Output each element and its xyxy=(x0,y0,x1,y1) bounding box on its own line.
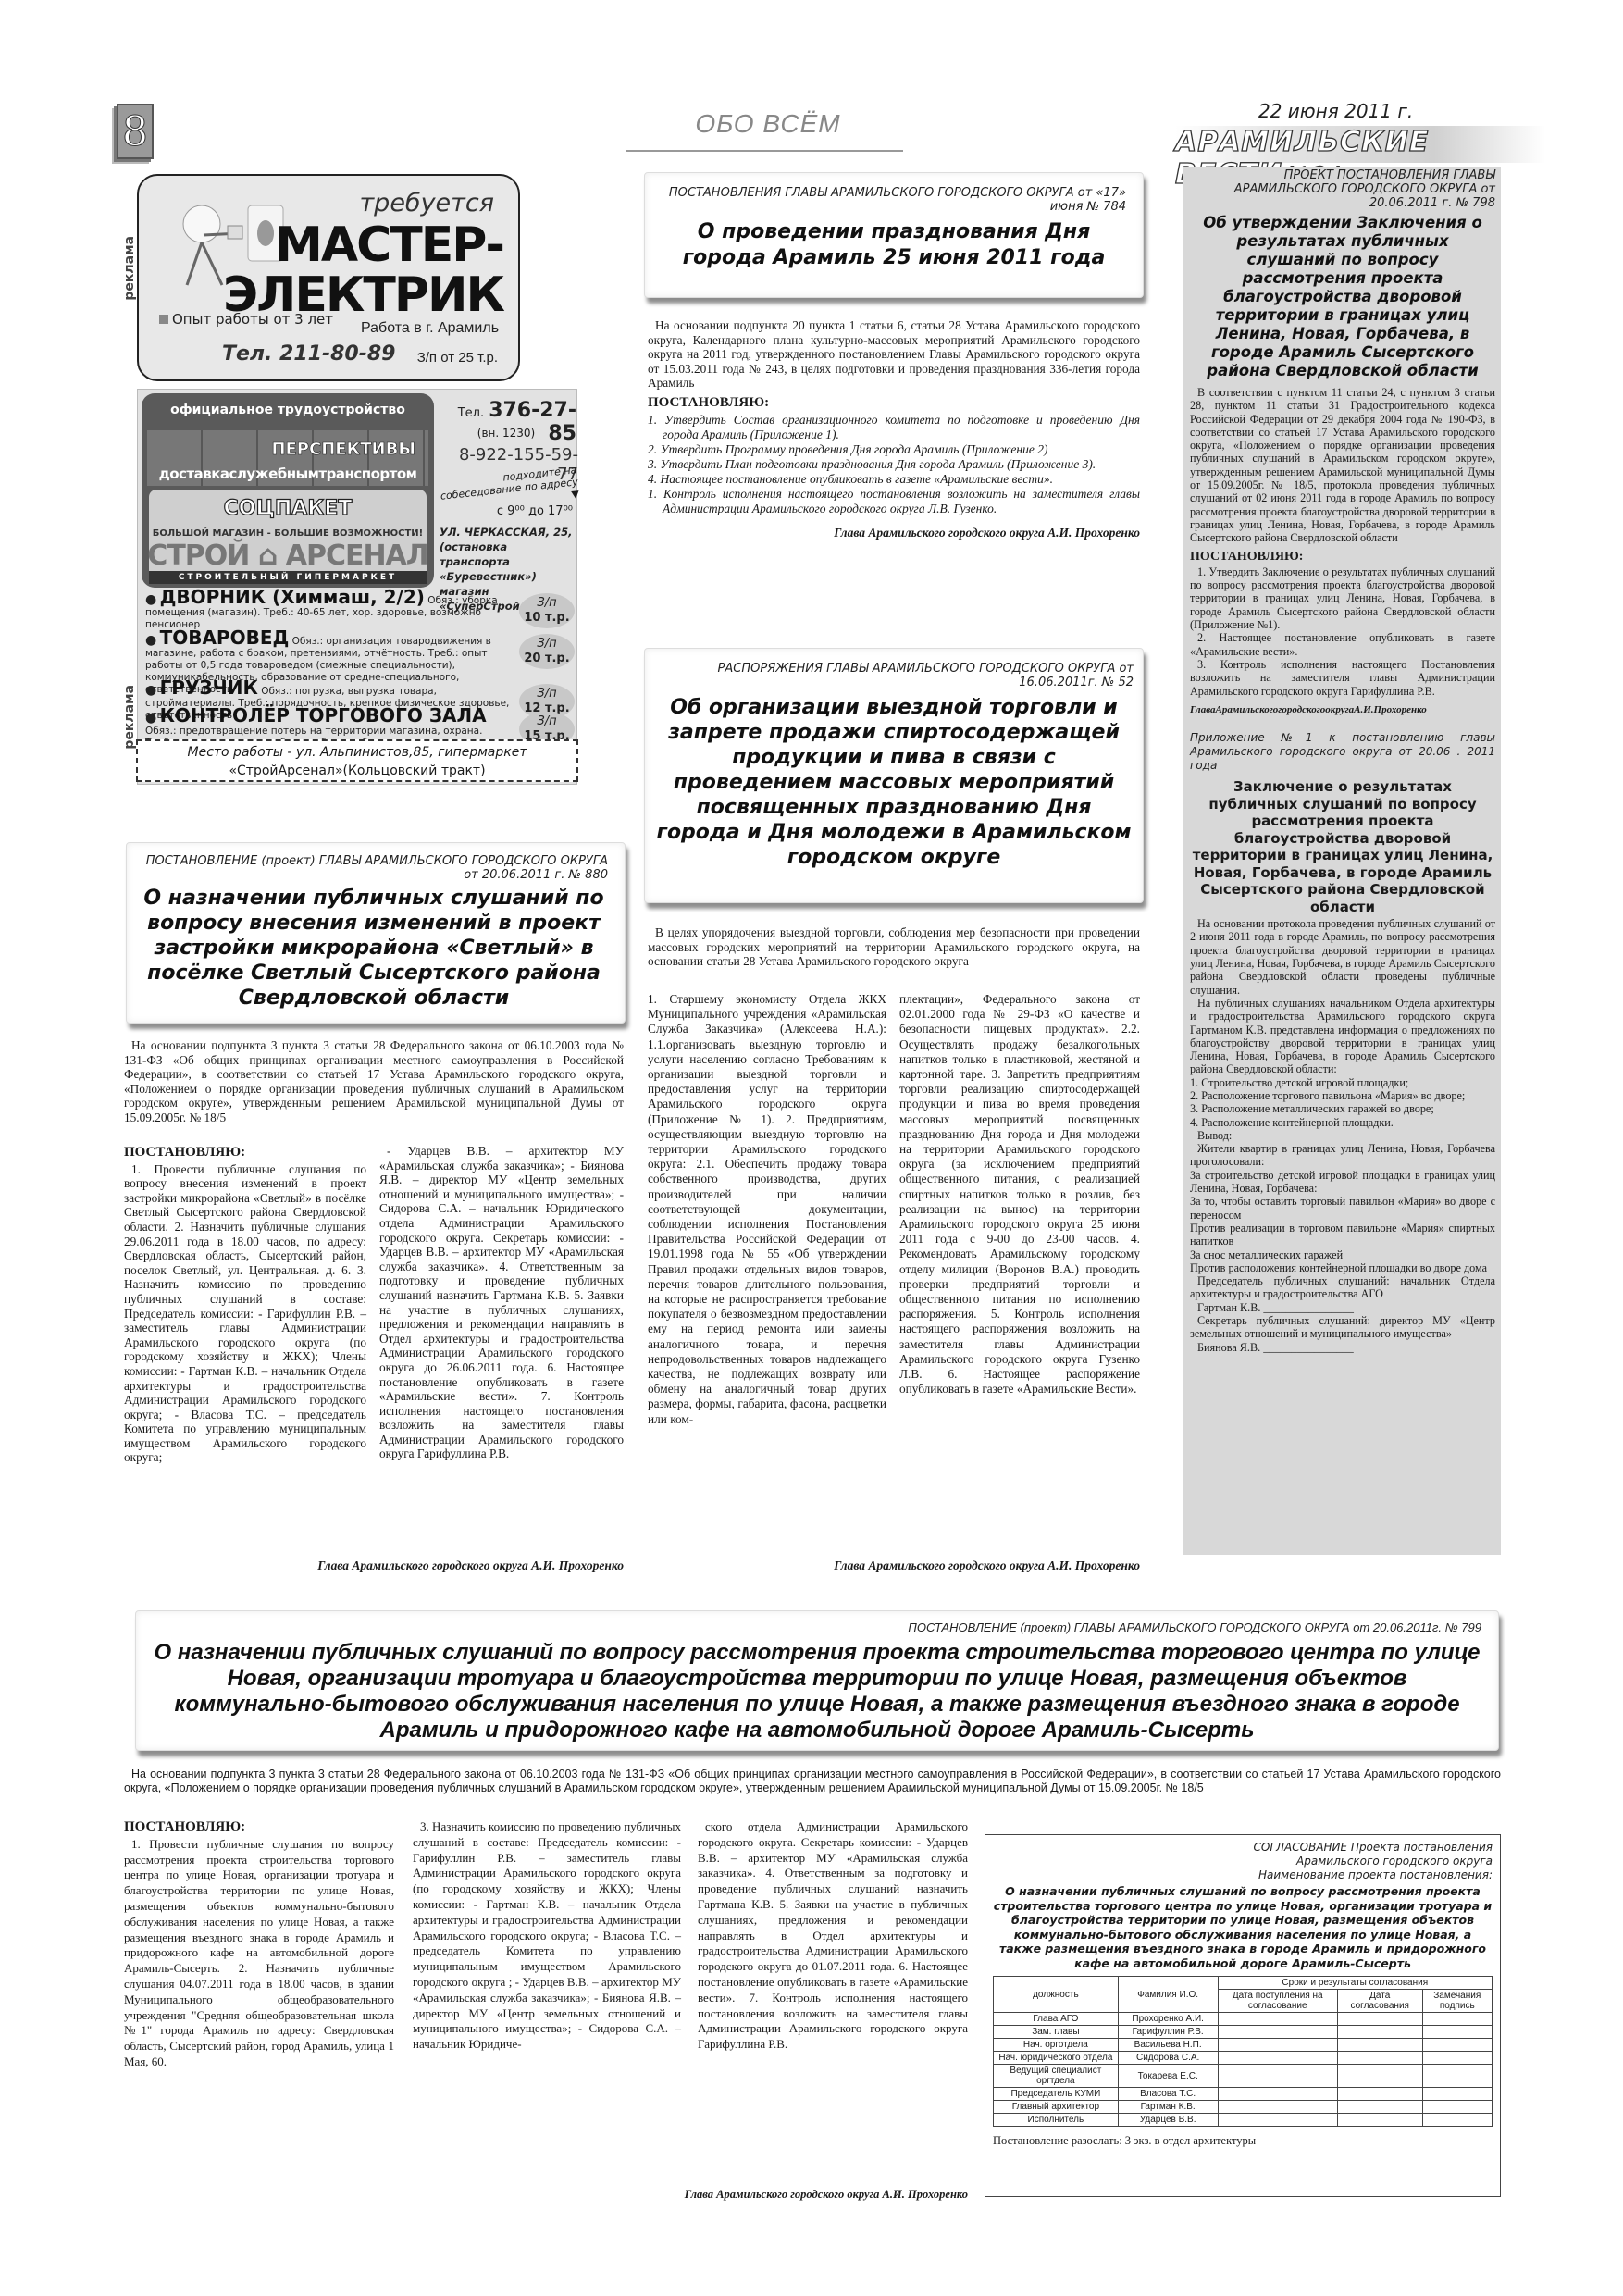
article-headline: Об организации выездной торговли и запре… xyxy=(654,695,1134,870)
salary-badge: З/п10 т.р. xyxy=(519,593,575,628)
section-title: ОБО ВСЁМ xyxy=(629,109,907,139)
signature: Глава Арамильского городского округа А.И… xyxy=(648,1558,1140,1573)
ad-phone-ext: (вн. 1230) xyxy=(441,427,571,440)
article-col-799-a: ПОСТАНОВЛЯЮ: 1. Провести публичные слуша… xyxy=(124,1814,394,2070)
headline-box-880: ПОСТАНОВЛЕНИЕ (проект) ГЛАВЫ АРАМИЛЬСКОГ… xyxy=(126,842,626,1024)
headline-box-784: ПОСТАНОВЛЕНИЯ ГЛАВЫ АРАМИЛЬСКОГО ГОРОДСК… xyxy=(644,172,1144,298)
appendix-title: Заключение о результатах публичных слуша… xyxy=(1190,778,1495,915)
article-headline: Об утверждении Заключения о результатах … xyxy=(1190,214,1495,380)
article-kicker: РАСПОРЯЖЕНИЯ ГЛАВЫ АРАМИЛЬСКОГО ГОРОДСКО… xyxy=(654,662,1134,689)
ad-stroyarsenal: официальное трудоустройство ПЕРСПЕКТИВЫ … xyxy=(137,389,577,785)
approval-table: должность Фамилия И.О. Сроки и результат… xyxy=(993,1976,1493,2127)
ad-salary: З/п от 25 т.р. xyxy=(417,350,498,366)
newspaper-masthead: АРАМИЛЬСКИЕ ВЕСТИ№24 xyxy=(1175,126,1545,163)
ad-headline: МАСТЕР-ЭЛЕКТРИК xyxy=(223,220,503,320)
article-col-799-c: ского отдела Администрации Арамильского … xyxy=(698,1819,968,2053)
brand-name: СТРОЙ ⌂ АРСЕНАЛ xyxy=(142,540,434,572)
article-798: ПРОЕКТ ПОСТАНОВЛЕНИЯ ГЛАВЫ АРАМИЛЬСКОГО … xyxy=(1190,168,1495,1354)
article-kicker: ПОСТАНОВЛЕНИЕ (проект) ГЛАВЫ АРАМИЛЬСКОГ… xyxy=(153,1620,1481,1634)
table-row: Ведущий специалист оргтделаТокарева Е.С. xyxy=(994,2065,1493,2088)
bullet-icon: ● xyxy=(145,683,156,698)
ad-needed: требуется xyxy=(359,189,494,217)
ad-phone: Тел. 211-80-89 xyxy=(222,342,395,366)
headline-box-799: ПОСТАНОВЛЕНИЕ (проект) ГЛАВЫ АРАМИЛЬСКОГ… xyxy=(135,1610,1499,1751)
article-intro-880: На основании подпункта 3 пункта 3 статьи… xyxy=(124,1038,624,1125)
table-row: Главный архитекторГартман К.В. xyxy=(994,2101,1493,2114)
article-col-52-b: плектации», Федерального закона от 02.01… xyxy=(899,992,1140,1396)
ad-electrician: требуется МАСТЕР-ЭЛЕКТРИК Опыт работы от… xyxy=(137,174,520,381)
article-intro-799: На основании подпункта 3 пункта 3 статьи… xyxy=(124,1768,1501,1795)
article-col-799-b: 3. Назначить комиссию по проведению публ… xyxy=(413,1819,681,2053)
decree-list: 1. Утвердить Состав организационного ком… xyxy=(648,413,1140,516)
job-listing: ● ДВОРНИК (Химмаш, 2/2) Обяз.: уборка по… xyxy=(145,591,569,631)
ad-hours: с 9⁰⁰ до 17⁰⁰ xyxy=(452,504,573,518)
table-row: Зам. главыГарифуллин Р.В. xyxy=(994,2026,1493,2039)
page-number: 8 xyxy=(117,104,154,159)
appendix-kicker: Приложение №1 к постановлению главы Арам… xyxy=(1190,731,1495,773)
signature: ГлаваАрамильскогогородскогоокругаА.И.Про… xyxy=(1190,703,1495,716)
ad-label: реклама xyxy=(122,236,137,301)
distribution-note: Постановление разослать: 3 экз. в отдел … xyxy=(993,2134,1493,2148)
approval-sheet: СОГЛАСОВАНИЕ Проекта постановления Арами… xyxy=(985,1834,1501,2197)
article-kicker: ПРОЕКТ ПОСТАНОВЛЕНИЯ ГЛАВЫ АРАМИЛЬСКОГО … xyxy=(1190,168,1495,210)
signature: Глава Арамильского городского округа А.И… xyxy=(124,1558,624,1573)
approval-title: О назначении публичных слушаний по вопро… xyxy=(993,1884,1493,1970)
ad-workplace: Место работы - ул. Альпинистов,85, гипер… xyxy=(136,739,578,782)
issue-date: 22 июня 2011 г. xyxy=(1258,100,1481,122)
article-headline: О назначении публичных слушаний по вопро… xyxy=(140,886,608,1011)
signature: Глава Арамильского городского округа А.И… xyxy=(648,526,1140,540)
table-row: Председатель КУМИВласова Т.С. xyxy=(994,2088,1493,2101)
salary-badge: З/п20 т.р. xyxy=(519,634,575,669)
section-divider xyxy=(626,150,903,152)
table-row: Глава АГОПрохоренко А.И. xyxy=(994,2013,1493,2026)
headline-box-52: РАСПОРЯЖЕНИЯ ГЛАВЫ АРАМИЛЬСКОГО ГОРОДСКО… xyxy=(644,648,1144,903)
table-row: Нач. орготделаВасильева Н.П. xyxy=(994,2039,1493,2052)
article-headline: О назначении публичных слушаний по вопро… xyxy=(153,1640,1481,1744)
article-col-880-a: ПОСТАНОВЛЯЮ: 1. Провести публичные слуша… xyxy=(124,1140,366,1465)
table-row: Нач. юридического отделаСидорова С.А. xyxy=(994,2052,1493,2065)
article-headline: О проведении празднования Дня города Ара… xyxy=(662,219,1126,271)
table-row: ИсполнительУдарцев В.В. xyxy=(994,2114,1493,2127)
article-col-880-b: - Ударцев В.В. – архитектор МУ «Арамильс… xyxy=(379,1144,624,1461)
bullet-icon: ● xyxy=(145,711,156,726)
square-bullet-icon xyxy=(159,315,168,324)
article-kicker: ПОСТАНОВЛЕНИЕ (проект) ГЛАВЫ АРАМИЛЬСКОГ… xyxy=(140,854,608,882)
article-kicker: ПОСТАНОВЛЕНИЯ ГЛАВЫ АРАМИЛЬСКОГО ГОРОДСК… xyxy=(662,186,1126,214)
bullet-icon: ● xyxy=(145,633,156,648)
article-body-784: На основании подпункта 20 пункта 1 стать… xyxy=(648,318,1140,540)
ad-experience: Опыт работы от 3 лет xyxy=(159,311,333,328)
ad-label: реклама xyxy=(122,685,137,750)
signature: Глава Арамильского городского округа А.И… xyxy=(413,2188,968,2202)
article-intro-52: В целях упорядочения выездной торговли, … xyxy=(648,925,1140,969)
ad-location: Работа в г. Арамиль xyxy=(361,320,499,337)
bullet-icon: ● xyxy=(145,592,156,607)
stroyarsenal-logo: официальное трудоустройство ПЕРСПЕКТИВЫ … xyxy=(142,393,434,588)
article-col-52-a: 1. Старшему экономисту Отдела ЖКХ Муници… xyxy=(648,992,886,1427)
